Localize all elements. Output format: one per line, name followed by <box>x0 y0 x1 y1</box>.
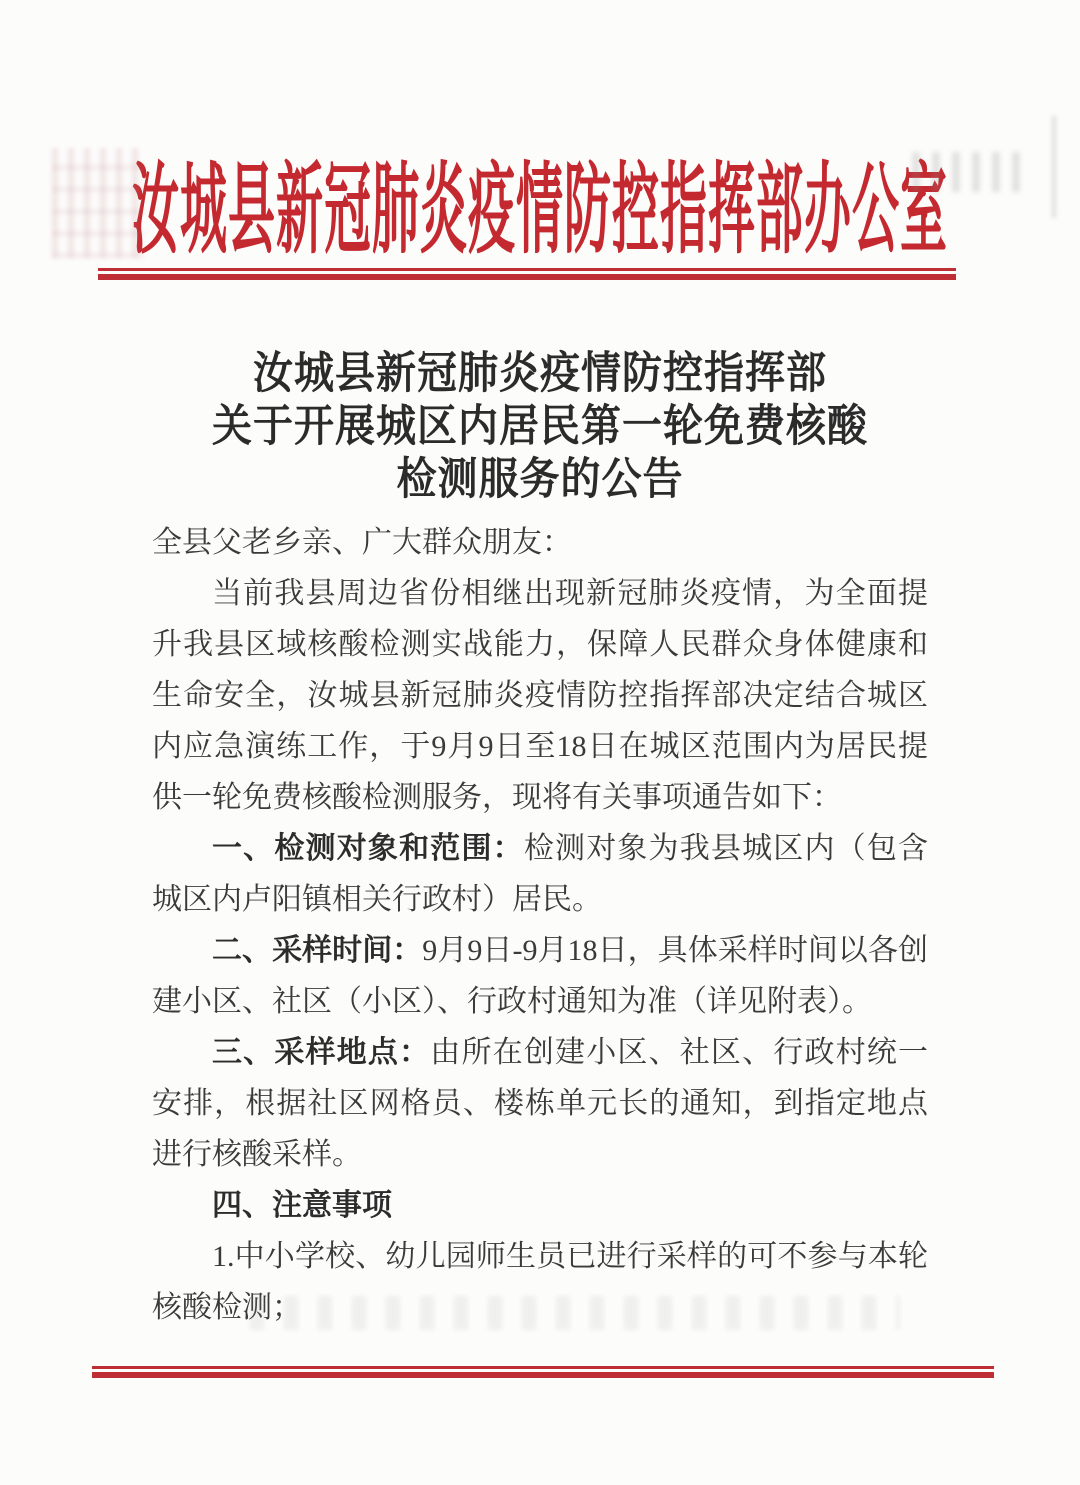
document-title-line-2: 关于开展城区内居民第一轮免费核酸 <box>0 396 1080 454</box>
paragraph-section-4: 四、注意事项 <box>152 1180 928 1231</box>
document-title-line-3: 检测服务的公告 <box>0 449 1080 507</box>
note-1-text: 1.中小学校、幼儿园师生员已进行采样的可不参与本轮核酸检测； <box>152 1240 928 1324</box>
paragraph-intro-text: 当前我县周边省份相继出现新冠肺炎疫情，为全面提升我县区域核酸检测实战能力，保障人… <box>152 577 928 814</box>
footer-divider <box>92 1366 994 1378</box>
salutation: 全县父老乡亲、广大群众朋友： <box>152 517 928 568</box>
paragraph-section-1: 一、检测对象和范围：检测对象为我县城区内（包含城区内卢阳镇相关行政村）居民。 <box>152 823 928 925</box>
paragraph-intro: 当前我县周边省份相继出现新冠肺炎疫情，为全面提升我县区域核酸检测实战能力，保障人… <box>152 568 928 823</box>
paragraph-section-2: 二、采样时间：9月9日-9月18日，具体采样时间以各创建小区、社区（小区）、行政… <box>152 925 928 1027</box>
footer-divider-thick-line <box>92 1372 994 1378</box>
divider-thick-line <box>98 274 956 280</box>
section-3-heading: 三、采样地点： <box>212 1035 430 1070</box>
letterhead-title: 汝城县新冠肺炎疫情防控指挥部办公室 <box>132 132 948 273</box>
document-title: 汝城县新冠肺炎疫情防控指挥部 关于开展城区内居民第一轮免费核酸 检测服务的公告 <box>0 346 1080 505</box>
document-body: 全县父老乡亲、广大群众朋友： 当前我县周边省份相继出现新冠肺炎疫情，为全面提升我… <box>152 517 928 1333</box>
letterhead: 汝城县新冠肺炎疫情防控指挥部办公室 <box>0 142 1080 262</box>
section-1-heading: 一、检测对象和范围： <box>212 831 524 866</box>
document-title-line-1: 汝城县新冠肺炎疫情防控指挥部 <box>0 343 1080 401</box>
letterhead-divider <box>98 268 956 280</box>
section-2-heading: 二、采样时间： <box>212 933 422 968</box>
paragraph-section-3: 三、采样地点：由所在创建小区、社区、行政村统一安排，根据社区网格员、楼栋单元长的… <box>152 1027 928 1180</box>
scanned-document-page: 汝城县新冠肺炎疫情防控指挥部办公室 汝城县新冠肺炎疫情防控指挥部 关于开展城区内… <box>0 0 1080 1485</box>
section-4-heading: 四、注意事项 <box>212 1188 392 1223</box>
paragraph-note-1: 1.中小学校、幼儿园师生员已进行采样的可不参与本轮核酸检测； <box>152 1231 928 1333</box>
